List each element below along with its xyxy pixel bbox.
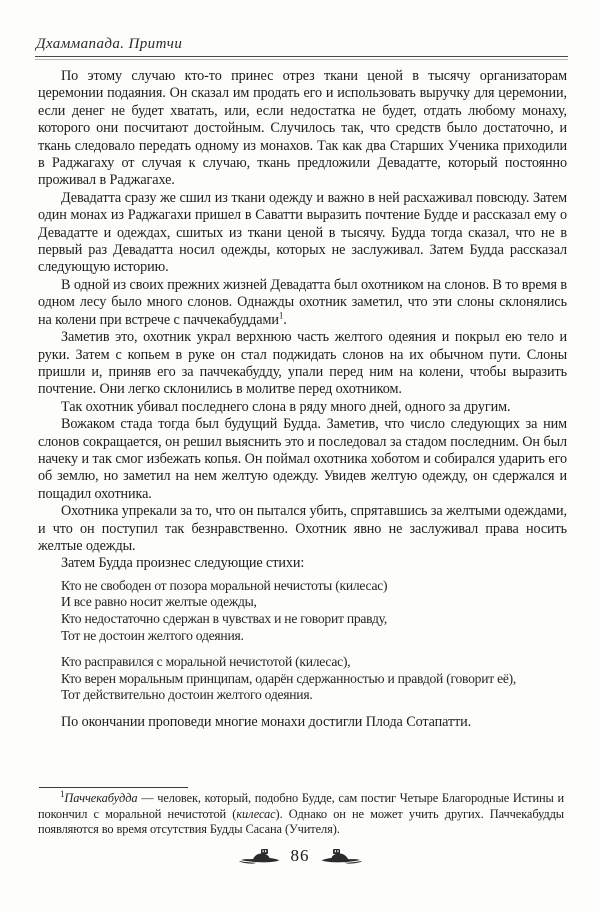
paragraph-3-period: . xyxy=(283,312,286,328)
verse-stanza-1: Кто не свободен от позора моральной нечи… xyxy=(61,578,567,644)
verse-stanza-2: Кто расправился с моральной нечистотой (… xyxy=(61,654,567,704)
paragraph-4: Заметив это, охотник украл верхнюю часть… xyxy=(38,329,567,399)
footnote-term: Паччекабудда xyxy=(64,791,137,805)
paragraph-2: Девадатта сразу же сшил из ткани одежду … xyxy=(38,190,567,277)
book-page: Дхаммапада. Притчи По этому случаю кто-т… xyxy=(0,0,600,913)
verse-line: Кто расправился с моральной нечистотой (… xyxy=(61,654,567,671)
page-number: 86 xyxy=(291,846,310,866)
paragraph-6: Вожаком стада тогда был будущий Будда. З… xyxy=(38,416,567,503)
paragraph-3-text: В одной из своих прежних жизней Девадатт… xyxy=(38,277,567,328)
paragraph-5: Так охотник убивал последнего слона в ря… xyxy=(38,399,567,416)
verse-intro: Затем Будда произнес следующие стихи: xyxy=(38,555,567,572)
verse-block: Кто не свободен от позора моральной нечи… xyxy=(61,578,567,704)
paragraph-1: По этому случаю кто-то принес отрез ткан… xyxy=(38,68,567,190)
verse-line: И все равно носит желтые одежды, xyxy=(61,594,567,611)
ornament-left-icon xyxy=(239,849,281,864)
footnote-divider xyxy=(39,787,188,788)
verse-line: Кто верен моральным принципам, одарён сд… xyxy=(61,671,567,688)
paragraph-7: Охотника упрекали за то, что он пытался … xyxy=(38,503,567,555)
footnote: 1Паччекабудда — человек, который, подобн… xyxy=(38,791,564,838)
ornament-right-icon xyxy=(320,849,362,864)
verse-line: Кто не свободен от позора моральной нечи… xyxy=(61,578,567,595)
closing-paragraph: По окончании проповеди многие монахи дос… xyxy=(38,714,567,731)
header-divider xyxy=(35,56,568,60)
verse-line: Тот не достоин желтого одеяния. xyxy=(61,628,567,645)
running-title: Дхаммапада. Притчи xyxy=(36,36,567,53)
verse-line: Тот действительно достоин желтого одеяни… xyxy=(61,687,567,704)
verse-line: Кто недостаточно сдержан в чувствах и не… xyxy=(61,611,567,628)
story-text: По этому случаю кто-то принес отрез ткан… xyxy=(38,68,567,731)
footnote-term-kilesas: килесас xyxy=(236,807,275,821)
paragraph-3: В одной из своих прежних жизней Девадатт… xyxy=(38,277,567,329)
page-footer: 86 xyxy=(0,846,600,866)
